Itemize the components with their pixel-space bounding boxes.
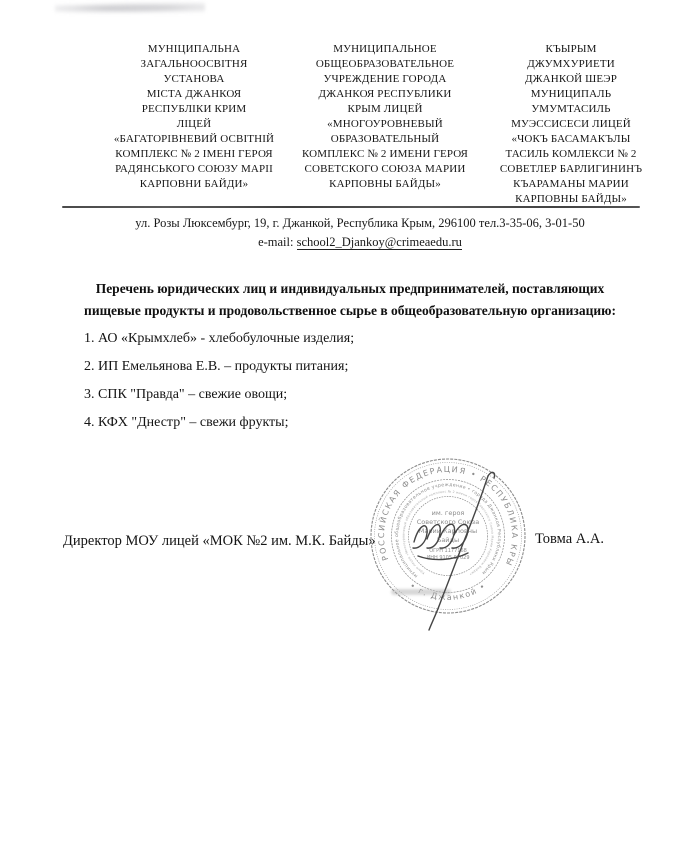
- official-stamp: РОССИЙСКАЯ ФЕДЕРАЦИЯ • РЕСПУБЛИКА КРЫМ •…: [348, 436, 548, 656]
- letterhead-col-crimean-tatar: КЪЫРЫМДЖУМХУРИЕТИДЖАНКОЙ ШЕЭРМУНИЦИПАЛЬУ…: [477, 42, 665, 207]
- suppliers-list: 1. АО «Крымхлеб» - хлебобулочные изделия…: [84, 331, 644, 443]
- signature-title: Директор МОУ лицей «МОК №2 им. М.К. Байд…: [63, 533, 376, 550]
- letterhead-line: МУЭССИСЕСИ ЛИЦЕЙ: [477, 117, 665, 132]
- letterhead-line: КОМПЛЕКС № 2 ІМЕНІ ГЕРОЯ: [88, 147, 300, 162]
- email-label: e-mail:: [258, 235, 297, 249]
- letterhead-line: ЗАГАЛЬНООСВІТНЯ: [88, 57, 300, 72]
- letterhead-line: ТАСИЛЬ КОМЛЕКСИ № 2: [477, 147, 665, 162]
- letterhead-line: КОМПЛЕКС № 2 ИМЕНИ ГЕРОЯ: [291, 147, 479, 162]
- letterhead-line: ДЖАНКОЙ ШЕЭР: [477, 72, 665, 87]
- supplier-item: 3. СПК "Правда" – свежие овощи;: [84, 387, 644, 415]
- letterhead-line: ДЖАНКОЯ РЕСПУБЛИКИ: [291, 87, 479, 102]
- letterhead-line: ДЖУМХУРИЕТИ: [477, 57, 665, 72]
- letterhead-line: КАРПОВНЫ БАЙДЫ»: [291, 177, 479, 192]
- letterhead-line: МІСТА ДЖАНКОЯ: [88, 87, 300, 102]
- letterhead-line: «МНОГОУРОВНЕВЫЙ: [291, 117, 479, 132]
- scan-artifact-smudge: [55, 2, 205, 15]
- email-address: school2_Djankoy@crimeaedu.ru: [297, 235, 462, 250]
- letterhead-line: УСТАНОВА: [88, 72, 300, 87]
- letterhead-line: РАДЯНСЬКОГО СОЮЗУ МАРІІ: [88, 162, 300, 177]
- document-title-line1: Перечень юридических лиц и индивидуальны…: [60, 281, 640, 297]
- supplier-item: 1. АО «Крымхлеб» - хлебобулочные изделия…: [84, 331, 644, 359]
- letterhead-line: ОБРАЗОВАТЕЛЬНЫЙ: [291, 132, 479, 147]
- letterhead-col-ukrainian: МУНІЦИПАЛЬНАЗАГАЛЬНООСВІТНЯУСТАНОВАМІСТА…: [88, 42, 300, 192]
- letterhead-line: МУНИЦИПАЛЬ: [477, 87, 665, 102]
- letterhead-line: КЪАРАМАНЫ МАРИИ: [477, 177, 665, 192]
- letterhead-line: КАРПОВНЫ БАЙДЫ»: [477, 192, 665, 207]
- letterhead-line: МУНИЦИПАЛЬНОЕ: [291, 42, 479, 57]
- letterhead-line: МУНІЦИПАЛЬНА: [88, 42, 300, 57]
- supplier-item: 2. ИП Емельянова Е.В. – продукты питания…: [84, 359, 644, 387]
- letterhead-line: СОВЕТСКОГО СОЮЗА МАРИИ: [291, 162, 479, 177]
- letterhead-divider: [62, 206, 640, 208]
- letterhead-line: УМУМТАСИЛЬ: [477, 102, 665, 117]
- document-title-line2: пищевые продукты и продовольственное сыр…: [60, 303, 640, 319]
- letterhead-line: КРЫМ ЛИЦЕЙ: [291, 102, 479, 117]
- letterhead-line: КЪЫРЫМ: [477, 42, 665, 57]
- letterhead-line: ОБЩЕОБРАЗОВАТЕЛЬНОЕ: [291, 57, 479, 72]
- letterhead-line: РЕСПУБЛІКИ КРИМ: [88, 102, 300, 117]
- letterhead-line: СОВЕТЛЕР БАРЛИГИНИНЪ: [477, 162, 665, 177]
- letterhead-line: ЛІЦЕЙ: [88, 117, 300, 132]
- address-line: ул. Розы Люксембург, 19, г. Джанкой, Рес…: [50, 216, 670, 231]
- letterhead-col-russian: МУНИЦИПАЛЬНОЕОБЩЕОБРАЗОВАТЕЛЬНОЕУЧРЕЖДЕН…: [291, 42, 479, 192]
- letterhead-line: КАРПОВНИ БАЙДИ»: [88, 177, 300, 192]
- ink-smudge: [391, 589, 451, 595]
- letterhead-line: «ЧОКЪ БАСАМАКЪЛЫ: [477, 132, 665, 147]
- email-line: e-mail: school2_Djankoy@crimeaedu.ru: [50, 235, 670, 250]
- stamp-center-line: им. героя: [432, 509, 465, 517]
- letterhead-line: УЧРЕЖДЕНИЕ ГОРОДА: [291, 72, 479, 87]
- scanned-document-page: МУНІЦИПАЛЬНАЗАГАЛЬНООСВІТНЯУСТАНОВАМІСТА…: [0, 0, 699, 861]
- letterhead-line: «БАГАТОРІВНЕВИЙ ОСВІТНІЙ: [88, 132, 300, 147]
